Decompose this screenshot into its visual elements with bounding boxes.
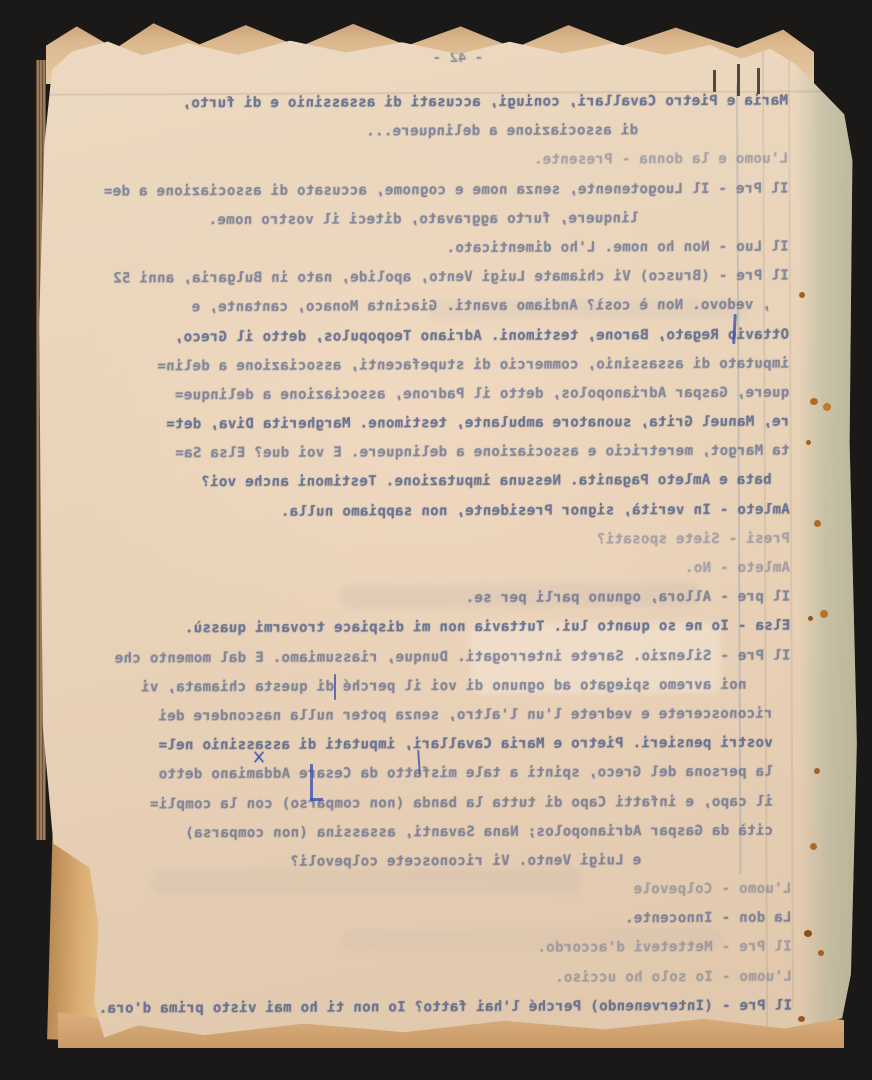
- rust-spot: [814, 520, 821, 527]
- tally-mark: [737, 64, 740, 96]
- rust-spot: [810, 843, 817, 850]
- typewritten-line: quere, Gaspar Adrianopolos, detto il Pad…: [87, 384, 789, 416]
- tally-mark: [713, 70, 716, 92]
- scanned-page: - 42 - Maria e Pietro Cavallari, coniugi…: [38, 22, 858, 1052]
- typewritten-line: imputato di assassinio, commercio di stu…: [87, 355, 789, 387]
- typewritten-line: noi avremo spiegato ad ognuno di voi il …: [89, 676, 747, 708]
- pen-l-mark: [310, 764, 313, 800]
- rust-spot: [806, 440, 811, 445]
- text-column: - 42 - Maria e Pietro Cavallari, coniugi…: [86, 49, 792, 1030]
- typewritten-line: Il pre - Allora, ognuno parli per se.: [88, 589, 790, 621]
- typewritten-line: cità da Gaspar Adrianopolos; Nana Savant…: [89, 822, 773, 854]
- rust-spot: [823, 403, 831, 411]
- typewritten-line: Il Pre - Silenzio. Sarete interrogati. D…: [88, 647, 790, 679]
- typewritten-line: ta Margot, meretricio e associazione a d…: [88, 443, 790, 475]
- pen-l-mark-foot: [310, 798, 323, 801]
- typewritten-line: riconoscerete e vedrete l'un l'altro, se…: [89, 706, 773, 738]
- rust-spot: [808, 616, 813, 621]
- typewritten-line: Amleto - In verità, signor Presidente, n…: [88, 501, 790, 533]
- typewritten-line: Ottavio Regato, Barone, testimoni. Adria…: [87, 326, 789, 358]
- scanned-document-photo: - 42 - Maria e Pietro Cavallari, coniugi…: [0, 0, 872, 1080]
- typewritten-line: di associazione a delinquere...: [86, 122, 638, 154]
- typewritten-line: Amleto - No.: [88, 560, 790, 592]
- rust-spot: [804, 930, 812, 937]
- typewritten-line: Il Pre - Mettetevi d'accordo.: [90, 939, 792, 971]
- typewritten-line: bata e Amleto Paganita. Nessuna imputazi…: [88, 472, 772, 504]
- typewritten-line: vostri pensieri. Pietro e Maria Cavallar…: [89, 735, 773, 767]
- rust-spot: [810, 398, 818, 405]
- typewritten-line: Elsa - Io ne so quanto lui. Tuttavia non…: [88, 618, 790, 650]
- typewritten-text: Maria e Pietro Cavallari, coniugi, accus…: [86, 93, 792, 1030]
- typewritten-line: re, Manuel Grita, suonatore ambulante, t…: [87, 414, 789, 446]
- typewritten-line: Il Pre - (Brusco) Vi chiamate Luigi Vent…: [87, 268, 789, 300]
- typewritten-line: linquere, furto aggravato, diteci il vos…: [87, 210, 639, 242]
- typewritten-line: e Luigi Vento. Vi riconoscete colpevoli?: [89, 852, 641, 884]
- typewritten-line: Il Luo - Non ho nome. L'ho dimenticato.: [87, 238, 789, 270]
- typewritten-line: La don - Innocente.: [90, 910, 792, 942]
- typewritten-line: Maria e Pietro Cavallari, coniugi, accus…: [86, 93, 788, 125]
- rust-spot: [798, 1016, 805, 1022]
- rust-spot: [814, 768, 820, 774]
- mirrored-text-layer: - 42 - Maria e Pietro Cavallari, coniugi…: [38, 22, 858, 1052]
- typewritten-line: L'uomo - Colpevole: [90, 881, 792, 913]
- typewritten-line: L'uomo - Io solo ho ucciso.: [90, 968, 792, 1000]
- typewritten-line: , vedovo. Non è così? Andiamo avanti. Gi…: [87, 297, 771, 329]
- typewritten-line: L'uomo e la donna - Presente.: [86, 151, 788, 183]
- rust-spot: [818, 950, 824, 956]
- typewritten-line: il capo, e infatti Capo di tutta la band…: [89, 793, 773, 825]
- typewritten-line: la persona del Greco, spinti a tale misf…: [89, 764, 773, 796]
- pen-ink-mark: [334, 674, 336, 700]
- rust-spot: [799, 292, 805, 298]
- rust-spot: [820, 610, 828, 618]
- typewritten-line: Presi - Siete sposati?: [88, 530, 790, 562]
- typewritten-line: Il Pre - Il Luogotenente, senza nome e c…: [86, 180, 788, 212]
- tally-mark: [757, 68, 760, 94]
